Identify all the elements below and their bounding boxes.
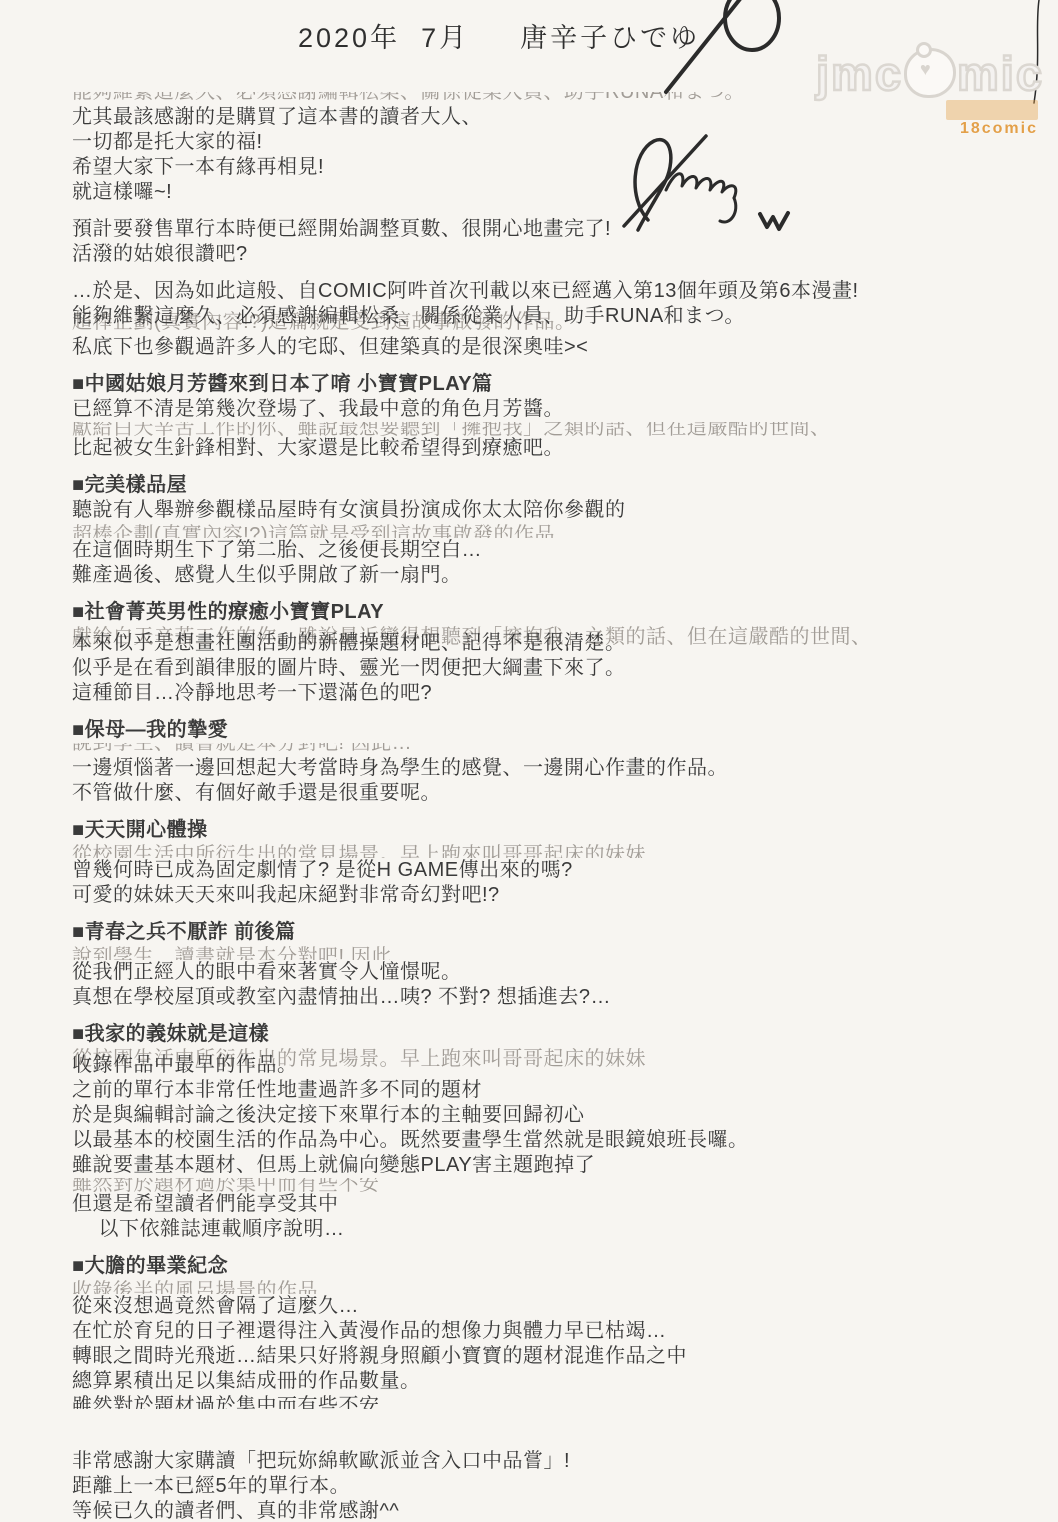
- text-line-content: 已經算不清是第幾次登場了、我最中意的角色月芳醬。: [72, 398, 564, 420]
- text-line-content: 聽說有人舉辦參觀樣品屋時有女演員扮演成你太太陪你參觀的: [72, 499, 626, 521]
- text-line: 在忙於育兒的日子裡還得注入黃漫作品的想像力與體力早已枯竭…: [72, 1319, 1038, 1344]
- text-line: 說到學生、讀書就是本分對吧! 因此…: [72, 743, 1038, 756]
- text-line: 能夠維繫這麼久、必須感謝編輯松桑、關係從業人員、助手RUNA和まつ。: [72, 304, 1038, 329]
- text-section: ■中國姑娘月芳醬來到日本了唷 小寶寶PLAY篇已經算不清是第幾次登場了、我最中意…: [72, 372, 1038, 461]
- text-line: 轉眼之間時光飛逝…結果只好將親身照顧小寶寶的題材混進作品之中: [72, 1344, 1038, 1369]
- text-line: 這種節目…冷靜地思考一下還滿色的吧?: [72, 681, 1038, 706]
- text-section: ■完美樣品屋聽說有人舉辦參觀樣品屋時有女演員扮演成你太太陪你參觀的超棒企劃(真實…: [72, 473, 1038, 588]
- text-line-content: 於是與編輯討論之後決定接下來單行本的主軸要回歸初心: [72, 1104, 585, 1126]
- text-line-content: 說到學生、讀書就是本分對吧! 因此: [72, 946, 392, 960]
- text-line-content: 說到學生、讀書就是本分對吧! 因此…: [72, 743, 1038, 756]
- text-line: 似乎是在看到韻律服的圖片時、靈光一閃便把大綱畫下來了。: [72, 656, 1038, 681]
- chick-mascot-icon: [904, 48, 956, 98]
- text-line-content: 本來似乎是想畫社團活動的新體操題材吧、記得不是很清楚。: [72, 632, 626, 654]
- text-section: ■青春之兵不厭詐 前後篇說到學生、讀書就是本分對吧! 因此從我們正經人的眼中看來…: [72, 920, 1038, 1010]
- text-line-content: 非常感謝大家購讀「把玩妳綿軟歐派並含入口中品嘗」!: [72, 1450, 570, 1472]
- text-section: 非常感謝大家購讀「把玩妳綿軟歐派並含入口中品嘗」!距離上一本已經5年的單行本。等…: [72, 1449, 1038, 1519]
- section-heading: ■青春之兵不厭詐 前後篇: [72, 920, 1038, 945]
- text-line: 已經算不清是第幾次登場了、我最中意的角色月芳醬。: [72, 397, 1038, 422]
- author-signature-icon: [618, 126, 793, 236]
- text-line-content: ■完美樣品屋: [72, 474, 187, 496]
- text-section: …於是、因為如此這般、自COMIC阿吽首次刊載以來已經邁入第13個年頭及第6本漫…: [72, 279, 1038, 360]
- text-line: 比起被女生針鋒相對、大家還是比較希望得到療癒吧。: [72, 436, 1038, 461]
- text-line: 難產過後、感覺人生似乎開啟了新一扇門。: [72, 563, 1038, 588]
- section-heading: ■天天開心體操: [72, 818, 1038, 843]
- section-heading: ■社會菁英男性的療癒小寶寶PLAY: [72, 600, 1038, 625]
- text-line-content: 能夠維繫這麼久、必須感謝編輯松桑、關係從業人員、助手RUNA和まつ。: [72, 305, 745, 327]
- text-line-content: 曾幾何時已成為固定劇情了? 是從H GAME傳出來的嗎?: [72, 859, 573, 881]
- text-line-content: 在這個時期生下了第二胎、之後便長期空白…: [72, 539, 482, 561]
- text-line: 聽說有人舉辦參觀樣品屋時有女演員扮演成你太太陪你參觀的: [72, 498, 1038, 523]
- text-line: 非常感謝大家購讀「把玩妳綿軟歐派並含入口中品嘗」!: [72, 1449, 1038, 1474]
- text-line-content: 預計要發售單行本時便已經開始調整頁數、很開心地畫完了!: [72, 218, 611, 240]
- text-line-content: 比起被女生針鋒相對、大家還是比較希望得到療癒吧。: [72, 437, 564, 459]
- text-line-content: ■社會菁英男性的療癒小寶寶PLAY: [72, 601, 384, 623]
- scanned-afterword-page: 2020年 7月 唐辛子ひでゆ jmcmic 18comic 能夠維繫這麼久、必…: [0, 0, 1058, 1522]
- text-line-content: 難產過後、感覺人生似乎開啟了新一扇門。: [72, 564, 462, 586]
- text-line-content: ■大膽的畢業紀念: [72, 1255, 228, 1277]
- author-signature-top-icon: [652, 0, 792, 100]
- watermark-subtext: 18comic: [960, 120, 1038, 138]
- text-section: 預計要發售單行本時便已經開始調整頁數、很開心地畫完了!活潑的姑娘很讚吧?: [72, 217, 1038, 267]
- text-section: ■天天開心體操從校園生活中所衍生出的常見場景。早上跑來叫哥哥起床的妹妹曾幾何時已…: [72, 818, 1038, 908]
- text-line: 本來似乎是想畫社團活動的新體操題材吧、記得不是很清楚。: [72, 631, 1038, 656]
- text-line-content: 一切都是托大家的福!: [72, 131, 263, 153]
- text-line: 從我們正經人的眼中看來著實令人憧憬呢。: [72, 960, 1038, 985]
- text-line-content: 總算累積出足以集結成冊的作品數量。: [72, 1370, 421, 1392]
- text-line: 以最基本的校園生活的作品為中心。既然要畫學生當然就是眼鏡娘班長囉。: [72, 1128, 1038, 1153]
- text-line: 真想在學校屋頂或教室內盡情抽出…咦? 不對? 想插進去?…: [72, 985, 1038, 1010]
- text-line-content: 從校園生活中所衍生出的常見場景。早上跑來叫哥哥起床的妹妹: [72, 844, 646, 858]
- section-heading: ■保母—我的摯愛: [72, 718, 1038, 743]
- text-line: 不管做什麼、有個好敵手還是很重要呢。: [72, 781, 1038, 806]
- text-line: 就這樣囉~!: [72, 180, 1038, 205]
- text-line-content: 雖然對於題材過於集中而有些不安: [72, 1395, 380, 1409]
- text-line: 一邊煩惱著一邊回想起大考當時身為學生的感覺、一邊開心作畫的作品。: [72, 756, 1038, 781]
- text-section: ■社會菁英男性的療癒小寶寶PLAY獻給白天辛苦工作的你。雖說最近變得想聽到「擁抱…: [72, 600, 1038, 706]
- date-author-line: 2020年 7月 唐辛子ひでゆ: [298, 16, 700, 55]
- text-line-content: ■保母—我的摯愛: [72, 719, 228, 741]
- section-heading: ■大膽的畢業紀念: [72, 1254, 1038, 1279]
- text-line-content: 轉眼之間時光飛逝…結果只好將親身照顧小寶寶的題材混進作品之中: [72, 1345, 687, 1367]
- text-line-content: 希望大家下一本有緣再相見!: [72, 156, 324, 178]
- text-line: 等候已久的讀者們、真的非常感謝^^: [72, 1499, 1038, 1519]
- text-line-content: 以下依雜誌連載順序說明…: [72, 1218, 345, 1240]
- section-heading: ■我家的義妹就是這樣: [72, 1022, 1038, 1047]
- text-line-content: 這種節目…冷靜地思考一下還滿色的吧?: [72, 682, 432, 704]
- text-line-content: 收錄後半的風呂場景的作品…: [72, 1280, 339, 1294]
- text-line-content: 活潑的姑娘很讚吧?: [72, 243, 248, 265]
- text-line-content: 真想在學校屋頂或教室內盡情抽出…咦? 不對? 想插進去?…: [72, 986, 611, 1008]
- text-line: 可愛的妹妹天天來叫我起床絕對非常奇幻對吧!?: [72, 883, 1038, 908]
- text-line-content: 私底下也參觀過許多人的宅邸、但建築真的是很深奧哇><: [72, 336, 588, 358]
- text-line-content: 超棒企劃(真實內容!?)這篇就是受到這故事啟發的作品: [72, 524, 555, 538]
- text-section: ■保母—我的摯愛說到學生、讀書就是本分對吧! 因此…一邊煩惱著一邊回想起大考當時…: [72, 718, 1038, 806]
- text-line: 私底下也參觀過許多人的宅邸、但建築真的是很深奧哇><: [72, 335, 1038, 360]
- text-line: 從校園生活中所衍生出的常見場景。早上跑來叫哥哥起床的妹妹: [72, 843, 1038, 858]
- text-line-content: ■我家的義妹就是這樣: [72, 1023, 269, 1045]
- text-line-content: 收錄作品中最早的作品。: [72, 1054, 298, 1076]
- text-line: 雖然對於題材過於集中而有些不安: [72, 1394, 1038, 1409]
- text-line-content: 以最基本的校園生活的作品為中心。既然要畫學生當然就是眼鏡娘班長囉。: [72, 1129, 749, 1151]
- text-line-content: 從來沒想過竟然會隔了這麼久…: [72, 1295, 359, 1317]
- text-line-content: …於是、因為如此這般、自COMIC阿吽首次刊載以來已經邁入第13個年頭及第6本漫…: [72, 280, 859, 302]
- watermark-orange-strip: [946, 100, 1038, 120]
- text-section: ■大膽的畢業紀念收錄後半的風呂場景的作品…從來沒想過竟然會隔了這麼久…在忙於育兒…: [72, 1254, 1038, 1409]
- text-line: 在這個時期生下了第二胎、之後便長期空白…: [72, 538, 1038, 563]
- text-line: 獻給白天辛苦工作的你、雖說最想要聽到「擁抱我」之類的話、但在這嚴酷的世間、: [72, 422, 1038, 436]
- section-heading: ■中國姑娘月芳醬來到日本了唷 小寶寶PLAY篇: [72, 372, 1038, 397]
- text-line: 於是與編輯討論之後決定接下來單行本的主軸要回歸初心: [72, 1103, 1038, 1128]
- text-line-content: ■青春之兵不厭詐 前後篇: [72, 921, 296, 943]
- text-line-content: 之前的單行本非常任性地畫過許多不同的題材: [72, 1079, 482, 1101]
- text-line-content: 可愛的妹妹天天來叫我起床絕對非常奇幻對吧!?: [72, 884, 500, 906]
- text-line-content: 獻給白天辛苦工作的你、雖說最想要聽到「擁抱我」之類的話、但在這嚴酷的世間、: [72, 422, 1038, 436]
- text-line: 之前的單行本非常任性地畫過許多不同的題材: [72, 1078, 1038, 1103]
- text-line-content: 但還是希望讀者們能享受其中: [72, 1193, 339, 1215]
- text-line-content: 似乎是在看到韻律服的圖片時、靈光一閃便把大綱畫下來了。: [72, 657, 626, 679]
- text-line: 雖然對於題材過於集中而有些不安: [72, 1178, 1038, 1192]
- text-line-content: 在忙於育兒的日子裡還得注入黃漫作品的想像力與體力早已枯竭…: [72, 1320, 667, 1342]
- text-line-content: ■天天開心體操: [72, 819, 208, 841]
- text-line-content: 等候已久的讀者們、真的非常感謝^^: [72, 1500, 399, 1519]
- text-line-content: 雖然對於題材過於集中而有些不安: [72, 1178, 1038, 1192]
- text-line-content: 一邊煩惱著一邊回想起大考當時身為學生的感覺、一邊開心作畫的作品。: [72, 757, 728, 779]
- text-line: 活潑的姑娘很讚吧?: [72, 242, 1038, 267]
- text-line: 說到學生、讀書就是本分對吧! 因此: [72, 945, 1038, 960]
- section-heading: ■完美樣品屋: [72, 473, 1038, 498]
- text-line-content: 尤其最該感謝的是購買了這本書的讀者大人、: [72, 106, 482, 128]
- text-line-content: 不管做什麼、有個好敵手還是很重要呢。: [72, 782, 441, 804]
- text-line: 預計要發售單行本時便已經開始調整頁數、很開心地畫完了!: [72, 217, 1038, 242]
- text-line-content: 從我們正經人的眼中看來著實令人憧憬呢。: [72, 961, 462, 983]
- watermark: jmcmic 18comic: [816, 48, 1044, 140]
- text-line: 以下依雜誌連載順序說明…: [72, 1217, 1038, 1242]
- watermark-text-right: mic: [957, 50, 1044, 97]
- text-line-content: 距離上一本已經5年的單行本。: [72, 1475, 350, 1497]
- text-line: 超棒企劃(真實內容!?)這篇就是受到這故事啟發的作品: [72, 523, 1038, 538]
- text-line-content: 雖說要畫基本題材、但馬上就偏向變態PLAY害主題跑掉了: [72, 1154, 595, 1176]
- text-line: …於是、因為如此這般、自COMIC阿吽首次刊載以來已經邁入第13個年頭及第6本漫…: [72, 279, 1038, 304]
- afterword-body: 能夠維繫這麼久、必須感謝編輯松桑、關係從業人員、助手RUNA和まつ。尤其最該感謝…: [72, 92, 1038, 1519]
- text-line: 希望大家下一本有緣再相見!: [72, 155, 1038, 180]
- text-line: 總算累積出足以集結成冊的作品數量。: [72, 1369, 1038, 1394]
- text-line: 曾幾何時已成為固定劇情了? 是從H GAME傳出來的嗎?: [72, 858, 1038, 883]
- text-section: ■我家的義妹就是這樣從校園生活中所衍生出的常見場景。早上跑來叫哥哥起床的妹妹收錄…: [72, 1022, 1038, 1242]
- text-line: 收錄後半的風呂場景的作品…: [72, 1279, 1038, 1294]
- text-line-content: ■中國姑娘月芳醬來到日本了唷 小寶寶PLAY篇: [72, 373, 493, 395]
- text-line-content: 就這樣囉~!: [72, 181, 172, 203]
- text-line: 收錄作品中最早的作品。: [72, 1053, 1038, 1078]
- text-line: 距離上一本已經5年的單行本。: [72, 1474, 1038, 1499]
- text-line: 雖說要畫基本題材、但馬上就偏向變態PLAY害主題跑掉了: [72, 1153, 1038, 1178]
- watermark-text-left: jmc: [816, 50, 903, 97]
- text-line: 但還是希望讀者們能享受其中: [72, 1192, 1038, 1217]
- text-line: 從來沒想過竟然會隔了這麼久…: [72, 1294, 1038, 1319]
